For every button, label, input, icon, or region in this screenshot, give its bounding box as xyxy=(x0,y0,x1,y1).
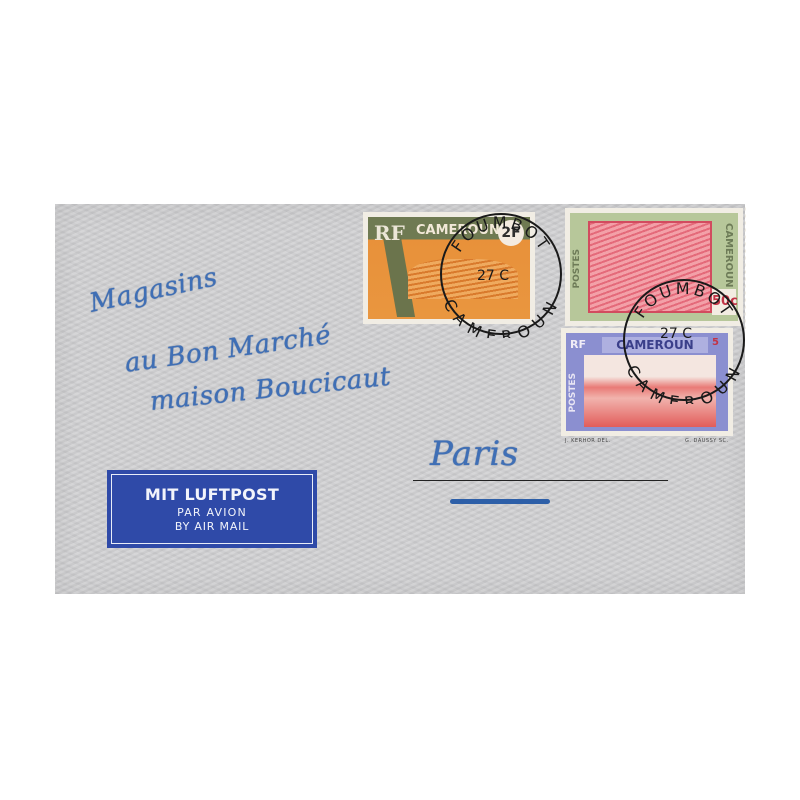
stamp-landscape: RF CAMEROUN POSTES 5 xyxy=(561,328,733,436)
stamp-country: CAMEROUN xyxy=(416,223,500,238)
envelope: RF CAMEROUN 2F POSTES CAMEROUN 50c RF CA… xyxy=(55,204,745,594)
stamp-illustration xyxy=(584,355,716,427)
airmail-label-german: MIT LUFTPOST xyxy=(145,485,279,504)
printer-imprint: G. DAUSSY SC. xyxy=(685,438,729,444)
stamp-illustration xyxy=(588,221,712,313)
stamp-value: 50c xyxy=(712,289,736,315)
airmail-label-english: BY AIR MAIL xyxy=(175,520,249,533)
printer-imprint: J. KERHOR DEL. xyxy=(565,438,611,444)
stamp-2f: RF CAMEROUN 2F xyxy=(363,212,535,324)
city-underline-stroke xyxy=(450,499,550,504)
stamp-side-text: POSTES xyxy=(568,373,578,413)
stamp-value: 2F xyxy=(498,220,524,246)
stamp-rf-mark: RF xyxy=(374,221,405,245)
stamp-50c: POSTES CAMEROUN 50c xyxy=(565,208,743,326)
stamp-rf-mark: RF xyxy=(570,338,586,351)
stamp-country: CAMEROUN xyxy=(602,337,708,353)
address-line-1: Magasins xyxy=(87,262,220,318)
address-city: Paris xyxy=(430,434,519,474)
stamp-country: CAMEROUN xyxy=(723,223,734,288)
address-ruled-line xyxy=(413,480,668,481)
airmail-label: MIT LUFTPOST PAR AVION BY AIR MAIL xyxy=(107,470,317,548)
airmail-label-french: PAR AVION xyxy=(177,506,247,519)
stamp-value: 5 xyxy=(712,337,726,355)
landscape-illustration xyxy=(408,259,518,299)
stamp-side-text: POSTES xyxy=(572,249,582,289)
